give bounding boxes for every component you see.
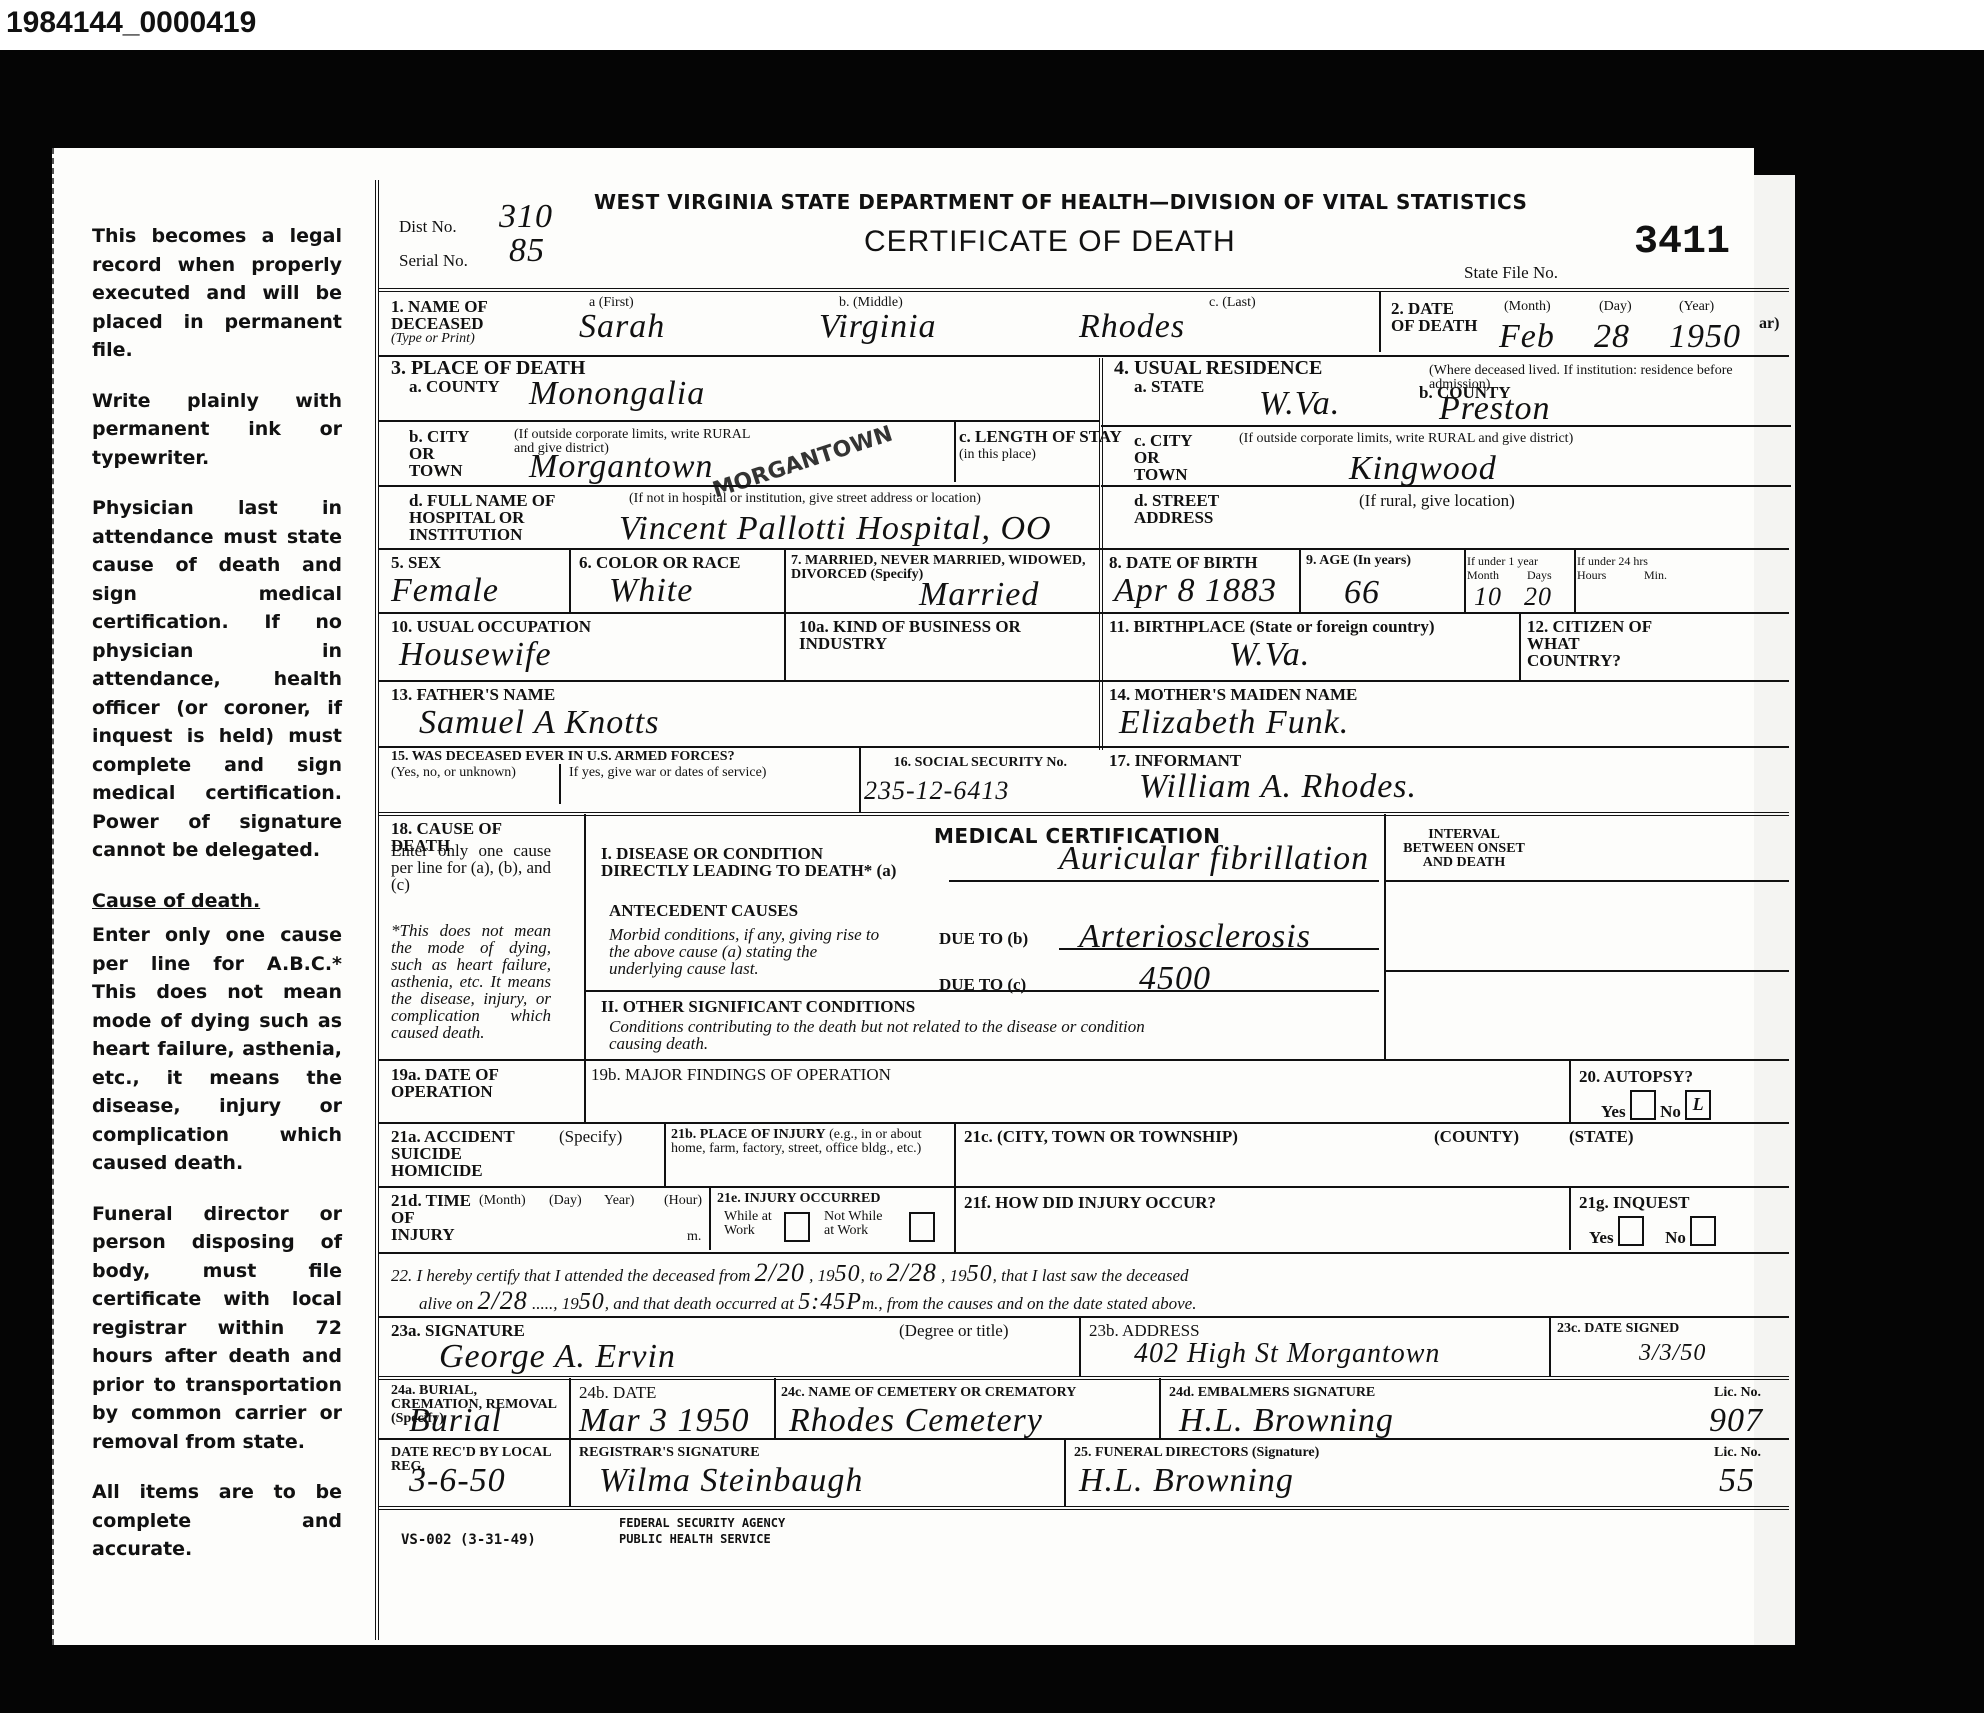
street-address-note: (If rural, give location) — [1359, 492, 1515, 509]
age-days-value[interactable]: 20 — [1524, 582, 1552, 612]
divider — [784, 550, 786, 680]
rule — [379, 1252, 1789, 1254]
funeral-director-signature-value[interactable]: H.L. Browning — [1079, 1462, 1294, 1500]
inquest-yes-label: Yes — [1589, 1228, 1614, 1247]
hospital-note: (If not in hospital or institution, give… — [629, 492, 1089, 506]
divider — [1549, 1318, 1551, 1376]
certification-line-2: alive on 2/28 ....., 1950, and that deat… — [419, 1292, 1196, 1312]
divider — [1574, 550, 1576, 612]
divider — [569, 550, 571, 612]
injury-year-label: Year) — [604, 1194, 634, 1208]
rule — [379, 680, 1789, 682]
divider — [1519, 614, 1521, 680]
length-of-stay-note: (in this place) — [959, 448, 1036, 462]
rule — [379, 612, 1789, 614]
rule — [379, 288, 1789, 292]
registrar-signature-label: REGISTRAR'S SIGNATURE — [579, 1446, 760, 1460]
due-to-b-label: DUE TO (b) — [939, 930, 1028, 947]
rule — [379, 548, 1789, 550]
file-id-strip: 1984144_0000419 — [0, 0, 1984, 50]
file-id: 1984144_0000419 — [6, 6, 256, 40]
autopsy-label: 20. AUTOPSY? — [1579, 1068, 1693, 1085]
sex-value[interactable]: Female — [391, 572, 499, 610]
last-name-label: c. (Last) — [1209, 296, 1256, 310]
state-file-label: State File No. — [1464, 263, 1558, 283]
certification-line-1: 22. I hereby certify that I attended the… — [391, 1264, 1189, 1284]
serial-no-value: 85 — [509, 232, 545, 270]
degree-label: (Degree or title) — [899, 1322, 1009, 1339]
inquest-yes-checkbox[interactable] — [1618, 1216, 1644, 1246]
rule — [379, 1438, 1789, 1440]
divider — [954, 1124, 956, 1252]
rule — [1101, 485, 1791, 487]
age-label: 9. AGE (In years) — [1306, 554, 1411, 568]
instruction-funeral: Funeral director or person disposing of … — [92, 1200, 342, 1457]
accident-specify: (Specify) — [559, 1128, 622, 1145]
cause-c-value[interactable]: 4500 — [1139, 960, 1211, 998]
divider — [1464, 550, 1466, 612]
residence-city-note: (If outside corporate limits, write RURA… — [1239, 432, 1573, 446]
birthplace-label: 11. BIRTHPLACE (State or foreign country… — [1109, 618, 1435, 635]
dist-no-label: Dist No. — [399, 218, 457, 235]
sex-label: 5. SEX — [391, 554, 441, 571]
embalmer-lic-value[interactable]: 907 — [1709, 1402, 1763, 1440]
autopsy-yes-label: Yes — [1601, 1102, 1626, 1121]
rule — [1059, 948, 1379, 950]
dist-no-value: 310 — [499, 198, 553, 236]
registrar-signature-value[interactable]: Wilma Steinbaugh — [599, 1462, 863, 1500]
footer-agency-1: FEDERAL SECURITY AGENCY — [619, 1516, 785, 1530]
race-label: 6. COLOR OR RACE — [579, 554, 741, 571]
cemetery-value[interactable]: Rhodes Cemetery — [789, 1402, 1043, 1440]
residence-state-value[interactable]: W.Va. — [1259, 385, 1340, 423]
hospital-value[interactable]: Vincent Pallotti Hospital, OO — [619, 510, 1052, 548]
to-label: to — [869, 1266, 882, 1285]
alive-on-year[interactable]: 50 — [579, 1289, 605, 1315]
injury-day-label: (Day) — [549, 1194, 582, 1208]
age-months-label: If under 1 year Month — [1467, 554, 1567, 582]
rule — [379, 746, 1789, 748]
instruction-write: Write plainly with permanent ink or type… — [92, 387, 342, 473]
century: 19 — [818, 1266, 835, 1285]
county-label: a. COUNTY — [409, 378, 500, 395]
rule — [379, 420, 1099, 422]
instruction-complete: All items are to be complete and accurat… — [92, 1478, 342, 1564]
hospital-label: d. FULL NAME OF HOSPITAL OR INSTITUTION — [409, 492, 579, 543]
footer-agency-2: PUBLIC HEALTH SERVICE — [619, 1532, 771, 1546]
certify-text: 22. I hereby certify that I attended the… — [391, 1266, 750, 1285]
instruction-legal: This becomes a legal record when properl… — [92, 222, 342, 365]
business-label: 10a. KIND OF BUSINESS OR INDUSTRY — [799, 618, 1089, 652]
marital-status-value[interactable]: Married — [919, 576, 1039, 614]
divider — [1099, 550, 1103, 750]
injury-m-label: m. — [687, 1230, 701, 1244]
residence-county-value[interactable]: Preston — [1439, 390, 1551, 428]
father-name-value[interactable]: Samuel A Knotts — [419, 704, 659, 742]
armed-forces-label: 15. WAS DECEASED EVER IN U.S. ARMED FORC… — [391, 750, 735, 764]
rule — [379, 485, 1099, 487]
death-certificate-form: WEST VIRGINIA STATE DEPARTMENT OF HEALTH… — [375, 180, 1804, 1640]
city-label: b. CITY OR TOWN — [409, 428, 489, 479]
residence-city-value[interactable]: Kingwood — [1349, 450, 1497, 488]
embalmer-lic-label: Lic. No. — [1714, 1386, 1761, 1400]
cause-of-death-note: Enter only one cause per line for (a), (… — [391, 842, 551, 893]
century: 19 — [950, 1266, 967, 1285]
divider — [1064, 1440, 1066, 1506]
informant-label: 17. INFORMANT — [1109, 752, 1241, 769]
injury-state-label: (STATE) — [1569, 1128, 1634, 1145]
ssn-label: 16. SOCIAL SECURITY No. — [867, 756, 1067, 770]
divider — [1569, 1060, 1571, 1122]
how-injury-label: 21f. HOW DID INJURY OCCUR? — [964, 1194, 1216, 1211]
name-label: 1. NAME OF DECEASED — [391, 298, 521, 332]
name-sub: (Type or Print) — [391, 332, 475, 346]
race-value[interactable]: White — [609, 572, 693, 610]
injury-occurred-label: 21e. INJURY OCCURRED — [717, 1192, 880, 1206]
birthplace-value[interactable]: W.Va. — [1229, 636, 1310, 674]
disease-label: I. DISEASE OR CONDITION DIRECTLY LEADING… — [601, 845, 901, 879]
funeral-director-lic-value[interactable]: 55 — [1719, 1462, 1755, 1500]
father-name-label: 13. FATHER'S NAME — [391, 686, 555, 703]
death-occurred-text: and that death occurred at — [613, 1294, 794, 1313]
date-received-value[interactable]: 3-6-50 — [409, 1462, 506, 1500]
death-city-value[interactable]: Morgantown — [529, 448, 713, 486]
date-of-death-label: 2. DATE OF DEATH — [1391, 300, 1481, 334]
physician-address-value[interactable]: 402 High St Morgantown — [1134, 1338, 1440, 1370]
death-day-value[interactable]: 28 — [1594, 318, 1630, 356]
autopsy-options: Yes No L — [1601, 1090, 1711, 1120]
middle-name-value[interactable]: Virginia — [819, 308, 937, 346]
rule — [379, 1186, 1789, 1188]
embalmer-label: 24d. EMBALMERS SIGNATURE — [1169, 1386, 1375, 1400]
embalmer-signature-value[interactable]: H.L. Browning — [1179, 1402, 1394, 1440]
armed-forces-note1: (Yes, no, or unknown) — [391, 766, 516, 780]
death-day-label: (Day) — [1599, 300, 1632, 314]
cause-b-value[interactable]: Arteriosclerosis — [1079, 918, 1311, 956]
mother-name-value[interactable]: Elizabeth Funk. — [1119, 704, 1349, 742]
divider — [774, 1378, 776, 1438]
death-county-value[interactable]: Monongalia — [529, 375, 705, 413]
attended-from-year[interactable]: 50 — [835, 1261, 861, 1287]
place-of-injury-label: 21b. PLACE OF INJURY (e.g., in or about … — [671, 1128, 941, 1156]
accident-label: 21a. ACCIDENT SUICIDE HOMICIDE — [391, 1128, 521, 1179]
autopsy-yes-checkbox[interactable] — [1630, 1090, 1656, 1120]
usual-residence-label: 4. USUAL RESIDENCE — [1114, 360, 1322, 377]
age-days-label: Days — [1527, 568, 1552, 582]
certificate-title: CERTIFICATE OF DEATH — [864, 225, 1236, 259]
alive-on-value[interactable]: 2/28 — [478, 1286, 528, 1315]
date-of-birth-value[interactable]: Apr 8 1883 — [1114, 572, 1277, 610]
injury-county-label: (COUNTY) — [1434, 1128, 1519, 1145]
antecedent-note: Morbid conditions, if any, giving rise t… — [609, 926, 889, 977]
last-name-value[interactable]: Rhodes — [1079, 308, 1185, 346]
length-of-stay-label: c. LENGTH OF STAY — [959, 428, 1122, 445]
time-of-injury-label: 21d. TIME OF INJURY — [391, 1192, 481, 1243]
cause-a-value[interactable]: Auricular fibrillation — [1059, 840, 1369, 878]
divider — [559, 764, 561, 804]
residence-city-label: c. CITY OR TOWN — [1134, 432, 1204, 483]
agency-header: WEST VIRGINIA STATE DEPARTMENT OF HEALTH… — [594, 190, 1527, 214]
date-of-operation-label: 19a. DATE OF OPERATION — [391, 1066, 551, 1100]
form-number: VS-002 (3-31-49) — [401, 1532, 536, 1548]
rule — [379, 812, 1789, 816]
date-signed-value[interactable]: 3/3/50 — [1639, 1340, 1706, 1367]
divider — [584, 1060, 586, 1122]
rule — [379, 1376, 1789, 1380]
rule — [949, 880, 1379, 882]
disposition-value[interactable]: Burial — [409, 1402, 502, 1440]
rule — [379, 1059, 1789, 1061]
cemetery-label: 24c. NAME OF CEMETERY OR CREMATORY — [781, 1386, 1076, 1400]
inquest-no-checkbox[interactable] — [1690, 1216, 1716, 1246]
informant-value[interactable]: William A. Rhodes. — [1139, 768, 1417, 806]
divider — [859, 748, 861, 812]
first-name-value[interactable]: Sarah — [579, 308, 665, 346]
divider — [1384, 814, 1386, 1059]
rule — [1101, 425, 1791, 427]
rule — [379, 1316, 1789, 1318]
operation-findings-label: 19b. MAJOR FINDINGS OF OPERATION — [591, 1066, 891, 1083]
mother-name-label: 14. MOTHER'S MAIDEN NAME — [1109, 686, 1357, 703]
while-at-work-label: While at Work — [724, 1210, 784, 1238]
divider — [1379, 292, 1381, 352]
death-year-value[interactable]: 1950 — [1669, 318, 1741, 356]
divider — [1299, 550, 1301, 612]
funeral-director-label: 25. FUNERAL DIRECTORS (Signature) — [1074, 1446, 1319, 1460]
not-while-at-work-checkbox[interactable] — [909, 1212, 935, 1242]
death-month-value[interactable]: Feb — [1499, 318, 1555, 356]
instruction-physician: Physician last in attendance must state … — [92, 494, 342, 865]
address-label: 23b. ADDRESS — [1089, 1322, 1200, 1339]
age-months-value[interactable]: 10 — [1474, 582, 1502, 612]
place-of-injury-title: 21b. PLACE OF INJURY — [671, 1127, 826, 1142]
autopsy-no-label: No — [1660, 1102, 1681, 1121]
street-address-label: d. STREET ADDRESS — [1134, 492, 1244, 526]
other-conditions-note: Conditions contributing to the death but… — [609, 1018, 1169, 1052]
citizen-label: 12. CITIZEN OF WHAT COUNTRY? — [1527, 618, 1667, 669]
signature-label: 23a. SIGNATURE — [391, 1322, 525, 1339]
occupation-value[interactable]: Housewife — [399, 636, 552, 674]
divider — [664, 1124, 666, 1186]
while-at-work-checkbox[interactable] — [784, 1212, 810, 1242]
residence-state-label: a. STATE — [1134, 378, 1204, 395]
divider — [584, 814, 586, 1059]
time-of-death-value[interactable]: 5:45P — [798, 1289, 862, 1315]
physician-signature-value[interactable]: George A. Ervin — [439, 1338, 676, 1376]
serial-no-label: Serial No. — [399, 252, 468, 269]
disposition-date-value[interactable]: Mar 3 1950 — [579, 1402, 750, 1440]
autopsy-no-checkbox[interactable]: L — [1685, 1090, 1711, 1120]
divider — [709, 1188, 711, 1250]
disposition-date-label: 24b. DATE — [579, 1384, 656, 1401]
funeral-director-lic-label: Lic. No. — [1714, 1446, 1761, 1460]
rule — [379, 355, 1789, 357]
causes-text: m., from the causes and on the date stat… — [862, 1294, 1197, 1313]
attended-to-value[interactable]: 2/28 — [887, 1258, 937, 1287]
armed-forces-note2: If yes, give war or dates of service) — [569, 766, 766, 780]
date-signed-label: 23c. DATE SIGNED — [1557, 1322, 1679, 1336]
divider — [954, 422, 956, 482]
injury-city-label: 21c. (CITY, TOWN OR TOWNSHIP) — [964, 1128, 1238, 1145]
inquest-label: 21g. INQUEST — [1579, 1194, 1690, 1211]
attended-from-value[interactable]: 2/20 — [755, 1258, 805, 1287]
interval-label: INTERVAL BETWEEN ONSET AND DEATH — [1394, 828, 1534, 870]
last-saw-text: that I last saw the deceased — [1001, 1266, 1188, 1285]
divider — [1159, 1378, 1161, 1438]
inquest-no-label: No — [1665, 1228, 1686, 1247]
death-month-label: (Month) — [1504, 300, 1551, 314]
age-min-label: Min. — [1644, 568, 1667, 582]
instructions-column: This becomes a legal record when properl… — [92, 222, 342, 1586]
rule — [379, 1122, 1789, 1124]
rule — [584, 990, 1379, 992]
rule — [1384, 970, 1789, 972]
century: 19 — [562, 1294, 579, 1313]
alive-on-label: alive on — [419, 1294, 473, 1313]
instruction-cause-heading: Cause of death. — [92, 887, 342, 916]
age-value[interactable]: 66 — [1344, 574, 1380, 612]
instruction-cause: Enter only one cause per line for A.B.C.… — [92, 921, 342, 1178]
divider — [569, 1378, 571, 1506]
divider — [1079, 1318, 1081, 1376]
other-conditions-label: II. OTHER SIGNIFICANT CONDITIONS — [601, 998, 915, 1015]
occupation-label: 10. USUAL OCCUPATION — [391, 618, 591, 635]
injury-month-label: (Month) — [479, 1194, 526, 1208]
divider — [1569, 1188, 1571, 1250]
date-of-birth-label: 8. DATE OF BIRTH — [1109, 554, 1258, 571]
not-while-at-work-label: Not While at Work — [824, 1210, 894, 1238]
rule — [379, 1506, 1789, 1510]
death-year-label: (Year) — [1679, 300, 1714, 314]
attended-to-year[interactable]: 50 — [967, 1261, 993, 1287]
rule — [1384, 880, 1789, 882]
divider — [1099, 358, 1103, 548]
antecedent-label: ANTECEDENT CAUSES — [609, 902, 798, 919]
injury-hour-label: (Hour) — [664, 1194, 702, 1208]
ssn-value[interactable]: 235-12-6413 — [864, 776, 1009, 806]
state-file-number: 3411 — [1634, 220, 1730, 265]
inquest-options: Yes No — [1589, 1216, 1716, 1246]
cause-of-death-footnote: *This does not mean the mode of dying, s… — [391, 922, 551, 1041]
